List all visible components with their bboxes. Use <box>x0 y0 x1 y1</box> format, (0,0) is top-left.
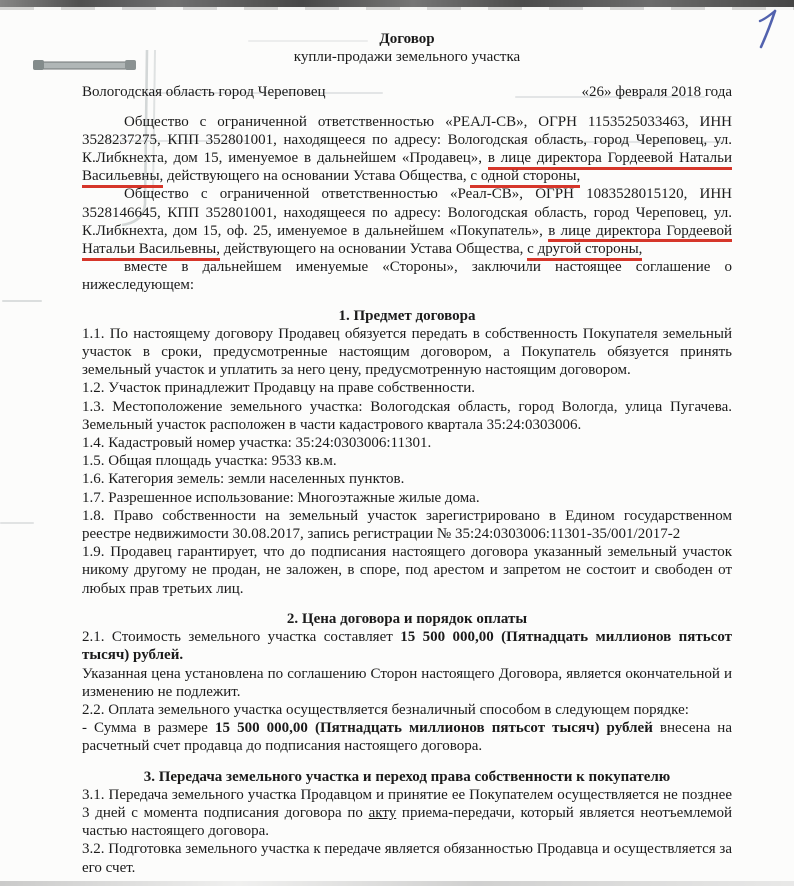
text-segment: 1.1. По настоящему договору Продавец обя… <box>82 326 732 378</box>
scan-artifact-bottom-band <box>0 881 794 886</box>
text-segment: 2.2. Оплата земельного участка осуществл… <box>82 702 689 718</box>
scan-artifact-top-band <box>0 0 794 7</box>
bold-text: 15 500 000,00 (Пятнадцать миллионов пять… <box>215 720 653 736</box>
document-subtitle: купли-продажи земельного участка <box>82 48 732 66</box>
heading-section-3: 3. Передача земельного участка и переход… <box>82 768 732 786</box>
text-segment: действующего на основании Устава Обществ… <box>163 168 470 184</box>
underlined-text: акту <box>369 805 397 821</box>
document-title: Договор <box>82 30 732 48</box>
text-segment: 1.2. Участок принадлежит Продавцу на пра… <box>82 380 475 396</box>
para-3-1: 3.1. Передача земельного участка Продавц… <box>82 786 732 841</box>
text-segment: 1.3. Местоположение земельного участка: … <box>82 399 732 433</box>
para-1-4: 1.4. Кадастровый номер участка: 35:24:03… <box>82 434 732 452</box>
text-segment: Указанная цена установлена по соглашению… <box>82 666 732 700</box>
text-segment: 1.7. Разрешенное использование: Многоэта… <box>82 490 480 506</box>
scan-artifact-top-band-secondary <box>0 7 794 10</box>
para-parties: вместе в дальнейшем именуемые «Стороны»,… <box>82 258 732 294</box>
text-segment: 1.9. Продавец гарантирует, что до подпис… <box>82 544 732 596</box>
para-1-7: 1.7. Разрешенное использование: Многоэта… <box>82 489 732 507</box>
para-2-1: 2.1. Стоимость земельного участка состав… <box>82 628 732 664</box>
scan-streak <box>2 300 42 302</box>
para-2-1-note: Указанная цена установлена по соглашению… <box>82 665 732 701</box>
document-body: Договор купли-продажи земельного участка… <box>82 30 732 877</box>
para-3-2: 3.2. Подготовка земельного участка к пер… <box>82 840 732 876</box>
text-segment: вместе в дальнейшем именуемые «Стороны»,… <box>82 259 732 293</box>
contract-date: «26» февраля 2018 года <box>581 83 732 101</box>
text-segment: 3.2. Подготовка земельного участка к пер… <box>82 841 732 875</box>
handwritten-page-number <box>748 6 786 52</box>
text-segment: 1.6. Категория земель: земли населенных … <box>82 471 404 487</box>
scanned-document-page: Договор купли-продажи земельного участка… <box>0 0 794 886</box>
text-segment: 2. Цена договора и порядок оплаты <box>287 611 527 627</box>
text-segment: - Сумма в размере <box>82 720 215 736</box>
paragraphs-container: Общество с ограниченной ответственностью… <box>82 113 732 877</box>
para-1-6: 1.6. Категория земель: земли населенных … <box>82 470 732 488</box>
para-1-1: 1.1. По настоящему договору Продавец обя… <box>82 325 732 380</box>
heading-section-1: 1. Предмет договора <box>82 307 732 325</box>
para-2-2-item: - Сумма в размере 15 500 000,00 (Пятнадц… <box>82 719 732 755</box>
para-1-3: 1.3. Местоположение земельного участка: … <box>82 398 732 434</box>
para-seller: Общество с ограниченной ответственностью… <box>82 113 732 186</box>
text-segment: 1.4. Кадастровый номер участка: 35:24:03… <box>82 435 431 451</box>
scan-streak <box>0 522 34 524</box>
text-segment: 1.5. Общая площадь участка: 9533 кв.м. <box>82 453 337 469</box>
para-1-8: 1.8. Право собственности на земельный уч… <box>82 507 732 543</box>
contract-place: Вологодская область город Череповец <box>82 83 326 101</box>
para-buyer: Общество с ограниченной ответственностью… <box>82 185 732 258</box>
heading-section-2: 2. Цена договора и порядок оплаты <box>82 610 732 628</box>
para-2-2: 2.2. Оплата земельного участка осуществл… <box>82 701 732 719</box>
text-segment: 3. Передача земельного участка и переход… <box>144 769 671 785</box>
text-segment: 1. Предмет договора <box>338 308 475 324</box>
para-1-5: 1.5. Общая площадь участка: 9533 кв.м. <box>82 452 732 470</box>
para-1-2: 1.2. Участок принадлежит Продавцу на пра… <box>82 379 732 397</box>
text-segment: 2.1. Стоимость земельного участка состав… <box>82 629 400 645</box>
text-segment: 1.8. Право собственности на земельный уч… <box>82 508 732 542</box>
text-segment: действующего на основании Устава Обществ… <box>220 241 527 257</box>
place-date-row: Вологодская область город Череповец «26»… <box>82 83 732 101</box>
para-1-9: 1.9. Продавец гарантирует, что до подпис… <box>82 543 732 598</box>
